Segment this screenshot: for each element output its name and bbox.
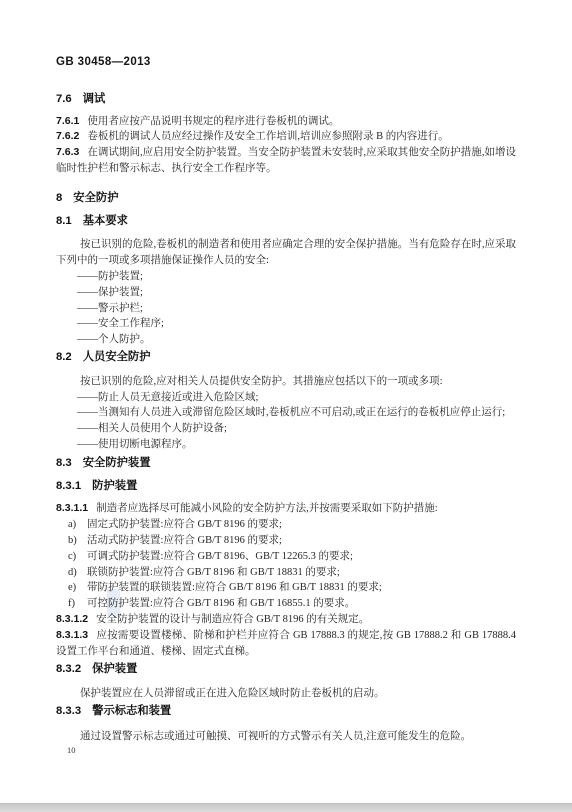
paragraph-8-3-3: 通过设置警示标志或通过可触摸、可视听的方式警示有关人员,注意可能发生的危险。 <box>56 729 516 745</box>
heading-8: 8安全防护 <box>56 191 516 207</box>
dash-item: ——使用切断电源程序。 <box>77 437 516 453</box>
clause-number: 8.3.1.3 <box>56 629 88 641</box>
alpha-item: f)可控防护装置:应符合 GB/T 8196 和 GB/T 16855.1 的要… <box>56 596 516 612</box>
clause-text: 在调试期间,应启用安全防护装置。当安全防护装置未安装时,应采取其他安全防护措施,… <box>56 147 516 174</box>
heading-8-1: 8.1基本要求 <box>56 214 516 230</box>
clause-text: 安全防护装置的设计与制造应符合 GB/T 8196 的有关规定。 <box>96 614 369 625</box>
heading-number: 8.2 <box>56 351 72 363</box>
heading-number: 7.6 <box>56 93 72 105</box>
alpha-item-text: 活动式防护装置:应符合 GB/T 8196 的要求; <box>87 535 282 546</box>
heading-number: 8 <box>56 192 62 204</box>
alpha-item-text: 可控防护装置:应符合 GB/T 8196 和 GB/T 16855.1 的要求。 <box>87 598 355 609</box>
heading-title: 人员安全防护 <box>83 351 151 363</box>
dash-list-8-2: ——防止人员无意接近或进入危险区域; ——当测知有人员进入或滞留危险区域时,卷板… <box>56 390 516 453</box>
heading-title: 防护装置 <box>92 480 137 492</box>
alpha-item: d)联锁防护装置:应符合 GB/T 8196 和 GB/T 18831 的要求; <box>56 565 516 581</box>
heading-number: 8.1 <box>56 215 72 227</box>
alpha-item-label: a) <box>68 517 87 533</box>
dash-item: ——保护装置; <box>77 285 516 301</box>
dash-item: ——安全工作程序; <box>77 316 516 332</box>
clause-text: 应按需要设置楼梯、阶梯和护栏并应符合 GB 17888.3 的规定,按 GB 1… <box>56 630 516 657</box>
dash-item: ——警示护栏; <box>77 301 516 317</box>
clause-8-3-1-1: 8.3.1.1制造者应选择尽可能减小风险的安全防护方法,并按需要采取如下防护措施… <box>56 501 516 517</box>
heading-8-3: 8.3安全防护装置 <box>56 456 516 472</box>
heading-number: 8.3.2 <box>56 663 81 675</box>
clause-8-3-1-2: 8.3.1.2安全防护装置的设计与制造应符合 GB/T 8196 的有关规定。 <box>56 612 516 628</box>
heading-8-3-2: 8.3.2保护装置 <box>56 662 516 678</box>
clause-7-6-3: 7.6.3在调试期间,应启用安全防护装置。当安全防护装置未安装时,应采取其他安全… <box>56 145 516 177</box>
clause-7-6-2: 7.6.2卷板机的调试人员应经过操作及安全工作培训,培训应参照附录 B 的内容进… <box>56 129 516 145</box>
alpha-item: b)活动式防护装置:应符合 GB/T 8196 的要求; <box>56 533 516 549</box>
clause-7-6-1: 7.6.1使用者应按产品说明书规定的程序进行卷板机的调试。 <box>56 114 516 130</box>
clause-number: 7.6.2 <box>56 130 79 142</box>
dash-item: ——当测知有人员进入或滞留危险区域时,卷板机应不可启动,或正在运行的卷板机应停止… <box>77 405 516 421</box>
heading-title: 基本要求 <box>83 215 128 227</box>
clause-number: 8.3.1.1 <box>56 502 88 514</box>
heading-number: 8.3.3 <box>56 705 81 717</box>
alpha-item-label: c) <box>68 549 87 565</box>
paragraph-8-3-2: 保护装置应在人员滞留或正在进入危险区域时防止卷板机的启动。 <box>56 686 516 702</box>
standard-number: GB 30458—2013 <box>56 55 516 71</box>
heading-title: 警示标志和装置 <box>92 705 171 717</box>
clause-8-3-1-3: 8.3.1.3应按需要设置楼梯、阶梯和护栏并应符合 GB 17888.3 的规定… <box>56 628 516 660</box>
dash-item: ——个人防护。 <box>77 332 516 348</box>
alpha-item: e)带防护装置的联锁装置:应符合 GB/T 8196 和 GB/T 18831 … <box>56 580 516 596</box>
clause-text: 制造者应选择尽可能减小风险的安全防护方法,并按需要采取如下防护措施: <box>96 503 438 514</box>
alpha-list-8-3-1-1: a)固定式防护装置:应符合 GB/T 8196 的要求; b)活动式防护装置:应… <box>56 517 516 612</box>
heading-number: 8.3 <box>56 457 72 469</box>
heading-title: 安全防护 <box>73 192 118 204</box>
heading-number: 8.3.1 <box>56 480 81 492</box>
alpha-item-text: 带防护装置的联锁装置:应符合 GB/T 8196 和 GB/T 18831 的要… <box>87 582 382 593</box>
clause-number: 7.6.3 <box>56 146 79 158</box>
dash-list-8-1: ——防护装置; ——保护装置; ——警示护栏; ——安全工作程序; ——个人防护… <box>56 269 516 348</box>
alpha-item-text: 联锁防护装置:应符合 GB/T 8196 和 GB/T 18831 的要求; <box>87 567 340 578</box>
dash-item: ——防止人员无意接近或进入危险区域; <box>77 390 516 406</box>
heading-8-3-3: 8.3.3警示标志和装置 <box>56 704 516 720</box>
heading-7-6: 7.6调试 <box>56 92 516 108</box>
alpha-item-text: 可调式防护装置:应符合 GB/T 8196、GB/T 12265.3 的要求; <box>87 551 353 562</box>
page-content: GB 30458—2013 7.6调试 7.6.1使用者应按产品说明书规定的程序… <box>56 55 516 756</box>
alpha-item-text: 固定式防护装置:应符合 GB/T 8196 的要求; <box>87 519 282 530</box>
heading-title: 保护装置 <box>92 663 137 675</box>
page-bottom-edge <box>0 803 572 812</box>
clause-text: 使用者应按产品说明书规定的程序进行卷板机的调试。 <box>87 116 339 127</box>
page-number: 10 <box>67 744 516 756</box>
alpha-item: c)可调式防护装置:应符合 GB/T 8196、GB/T 12265.3 的要求… <box>56 549 516 565</box>
alpha-item-label: b) <box>68 533 87 549</box>
heading-title: 调试 <box>83 93 106 105</box>
paragraph-8-2: 按已识别的危险,应对相关人员提供安全防护。其措施应包括以下的一项或多项: <box>56 374 516 390</box>
alpha-item-label: d) <box>68 565 87 581</box>
paragraph-8-1: 按已识别的危险,卷板机的制造者和使用者应确定合理的安全保护措施。当有危险存在时,… <box>56 237 516 269</box>
clause-text: 卷板机的调试人员应经过操作及安全工作培训,培训应参照附录 B 的内容进行。 <box>87 131 448 142</box>
alpha-item-label: f) <box>68 596 87 612</box>
scanned-document-page: GB 30458—2013 7.6调试 7.6.1使用者应按产品说明书规定的程序… <box>0 0 572 812</box>
heading-8-3-1: 8.3.1防护装置 <box>56 479 516 495</box>
alpha-item-label: e) <box>68 580 87 596</box>
clause-number: 8.3.1.2 <box>56 613 88 625</box>
heading-8-2: 8.2人员安全防护 <box>56 350 516 366</box>
alpha-item: a)固定式防护装置:应符合 GB/T 8196 的要求; <box>56 517 516 533</box>
heading-title: 安全防护装置 <box>83 457 151 469</box>
clause-number: 7.6.1 <box>56 115 79 127</box>
dash-item: ——相关人员使用个人防护设备; <box>77 421 516 437</box>
dash-item: ——防护装置; <box>77 269 516 285</box>
